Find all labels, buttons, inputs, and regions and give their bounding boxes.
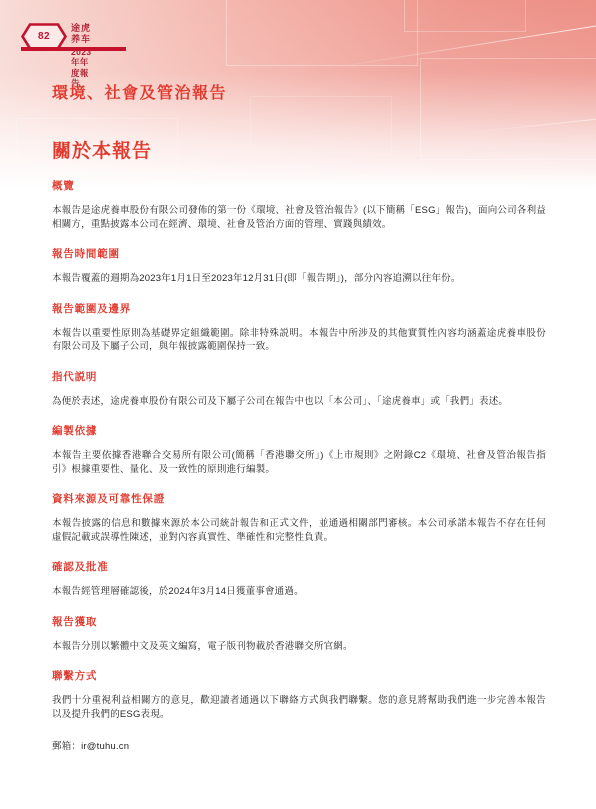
section-body-preparation-basis: 本報告主要依據香港聯合交易所有限公司(簡稱「香港聯交所」)《上市規則》之附錄C2… bbox=[52, 449, 546, 476]
chapter-title: 環境、社會及管治報告 bbox=[52, 80, 227, 103]
section-heading-overview: 概覽 bbox=[52, 178, 546, 193]
section-heading-references: 指代説明 bbox=[52, 369, 546, 384]
decor-diagonal-line bbox=[340, 24, 596, 67]
section-body-reporting-period: 本報告覆蓋的週期為2023年1月1日至2023年12月31日(即「報告期」)，部… bbox=[52, 272, 546, 286]
document-content: 關於本報告 概覽 本報告是途虎養車股份有限公司發佈的第一份《環境、社會及管治報告… bbox=[52, 136, 546, 754]
section-body-data-reliability: 本報告披露的信息和數據來源於本公司統計報告和正式文件，並通過相關部門審核。本公司… bbox=[52, 517, 546, 544]
decor-diagonal-line bbox=[470, 117, 596, 133]
section-body-approval: 本報告經管理層確認後，於2024年3月14日獲董事會通過。 bbox=[52, 585, 546, 599]
decor-rectangle bbox=[404, 0, 526, 32]
decor-rectangle bbox=[226, 0, 418, 66]
section-body-overview: 本報告是途虎養車股份有限公司發佈的第一份《環境、社會及管治報告》(以下簡稱「ES… bbox=[52, 204, 546, 231]
header-rule bbox=[21, 47, 126, 51]
section-heading-report-access: 報告獲取 bbox=[52, 614, 546, 629]
section-heading-data-reliability: 資料來源及可靠性保證 bbox=[52, 491, 546, 506]
page-number: 82 bbox=[21, 23, 67, 50]
section-body-contact: 我們十分重視利益相關方的意見，歡迎讀者通過以下聯絡方式與我們聯繫。您的意見將幫助… bbox=[52, 694, 546, 721]
section-body-report-access: 本報告分別以繁體中文及英文編寫，電子版刊物載於香港聯交所官網。 bbox=[52, 640, 546, 654]
section-heading-approval: 確認及批准 bbox=[52, 559, 546, 574]
section-heading-contact: 聯繫方式 bbox=[52, 668, 546, 683]
section-heading-reporting-period: 報告時間範圍 bbox=[52, 246, 546, 261]
page-number-badge: 82 bbox=[21, 23, 67, 50]
brand-name: 途虎养车 bbox=[71, 23, 92, 46]
section-heading-preparation-basis: 編製依據 bbox=[52, 423, 546, 438]
report-page: 82 途虎养车 2023 年年度報告 環境、社會及管治報告 關於本報告 概覽 本… bbox=[0, 0, 596, 809]
section-body-references: 為便於表述，途虎養車股份有限公司及下屬子公司在報告中也以「本公司」、「途虎養車」… bbox=[52, 395, 546, 409]
contact-email: 郵箱：ir@tuhu.cn bbox=[52, 740, 546, 754]
page-title: 關於本報告 bbox=[52, 136, 546, 163]
section-heading-scope-boundary: 報告範圍及邊界 bbox=[52, 301, 546, 316]
section-body-scope-boundary: 本報告以重要性原則為基礎界定組織範圍。除非特殊説明。本報告中所涉及的其他實質性內… bbox=[52, 327, 546, 354]
